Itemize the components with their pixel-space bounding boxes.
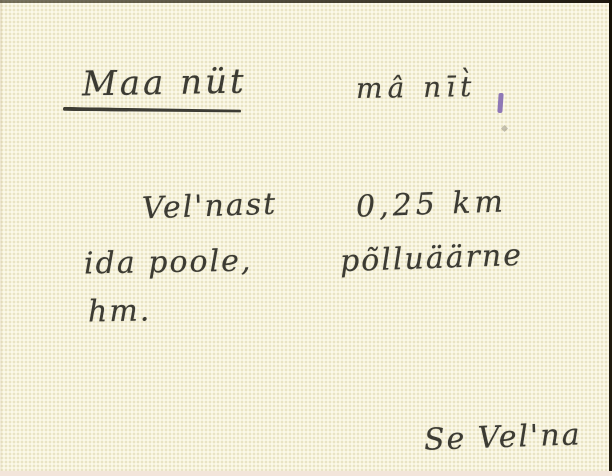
- description-line1-word: Vel'nast: [142, 190, 278, 225]
- description-line2-left: ida poole,: [84, 247, 253, 280]
- description-line1-distance: 0,25 km: [356, 187, 508, 222]
- scan-edge-top: [0, 0, 612, 3]
- purple-ink-mark: [497, 93, 503, 113]
- pronunciation-text: mâ nīt̀: [356, 73, 477, 103]
- collector-note: Se Vel'na: [424, 420, 583, 455]
- description-line3-abbrev: hm.: [88, 296, 152, 327]
- description-line2-right: põlluäärne: [340, 241, 524, 277]
- ink-speck: [501, 125, 508, 132]
- title-underline: [63, 107, 241, 113]
- scan-edge-bottom: [0, 471, 612, 476]
- place-name-title: Maa nüt: [82, 65, 247, 102]
- scan-edge-left: [0, 0, 2, 476]
- scanned-index-card: Maa nüt mâ nīt̀ Vel'nast 0,25 km ida poo…: [0, 0, 612, 476]
